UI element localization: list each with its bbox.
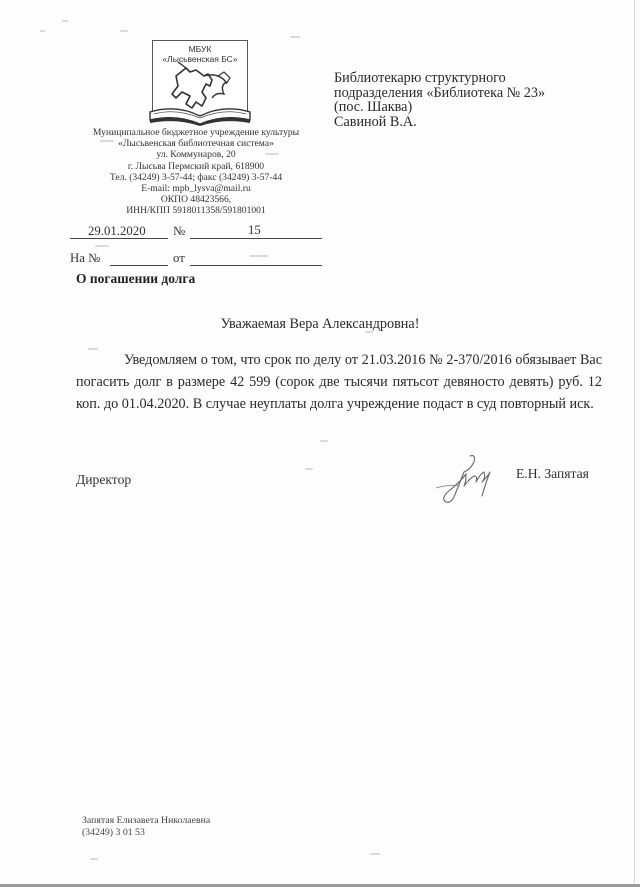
logo-title: МБУК	[153, 44, 247, 54]
scan-speck	[370, 853, 380, 855]
scan-speck	[120, 30, 128, 32]
org-line: Муниципальное бюджетное учреждение культ…	[82, 127, 310, 138]
letter-subject: О погашении долга	[76, 271, 195, 287]
letter-body: Уведомляем о том, что срок по делу от 21…	[76, 349, 602, 415]
date-underline	[70, 238, 168, 239]
letter-number: 15	[248, 223, 261, 238]
reply-to-label: На №	[70, 251, 100, 266]
org-email: E-mail: mpb_lysva@mail.ru	[82, 183, 310, 194]
scan-speck	[90, 858, 98, 860]
number-underline	[190, 238, 322, 239]
scan-speck	[62, 20, 68, 22]
from-label: от	[173, 251, 185, 266]
scan-page-edge	[634, 0, 635, 884]
scan-speck	[250, 255, 268, 257]
signatory-position: Директор	[76, 472, 131, 488]
scan-speck	[320, 440, 328, 442]
org-address-street: ул. Коммунаров, 20	[82, 149, 310, 160]
number-label: №	[173, 224, 185, 239]
letter-page: МБУК «Лысьвенская БС» Муниципальное бюдж…	[0, 0, 640, 884]
scan-speck	[305, 468, 313, 470]
scan-speck	[40, 30, 45, 32]
scan-speck	[95, 245, 109, 247]
org-line: «Лысьвенская библиотечная система»	[82, 138, 310, 149]
executor-block: Запятая Елизавета Николаевна (34249) 3 0…	[82, 815, 210, 839]
reply-to-number-underline	[110, 265, 168, 266]
handwritten-signature-icon	[430, 452, 500, 508]
addressee-line: Библиотекарю структурного	[334, 71, 545, 86]
scan-speck	[290, 36, 300, 38]
signatory-name: Е.Н. Запятая	[516, 466, 589, 482]
salutation: Уважаемая Вера Александровна!	[0, 316, 640, 333]
organization-details: Муниципальное бюджетное учреждение культ…	[82, 127, 310, 217]
organization-logo: МБУК «Лысьвенская БС»	[146, 40, 254, 126]
org-address-city: г. Лысьва Пермский край, 618900	[82, 161, 310, 172]
addressee-line: (пос. Шаква)	[334, 100, 545, 115]
unicorn-on-open-book-icon	[146, 62, 254, 126]
executor-name: Запятая Елизавета Николаевна	[82, 815, 210, 827]
addressee-block: Библиотекарю структурного подразделения …	[334, 71, 545, 129]
org-phone: Тел. (34249) 3-57-44; факс (34249) 3-57-…	[82, 172, 310, 183]
executor-phone: (34249) 3 01 53	[82, 827, 210, 839]
from-date-underline	[190, 265, 322, 266]
org-inn-kpp: ИНН/КПП 5918011358/591801001	[82, 205, 310, 216]
org-okpo: ОКПО 48423566,	[82, 194, 310, 205]
addressee-name: Савиной В.А.	[334, 115, 545, 130]
letter-date: 29.01.2020	[88, 224, 146, 239]
addressee-line: подразделения «Библиотека № 23»	[334, 86, 545, 101]
